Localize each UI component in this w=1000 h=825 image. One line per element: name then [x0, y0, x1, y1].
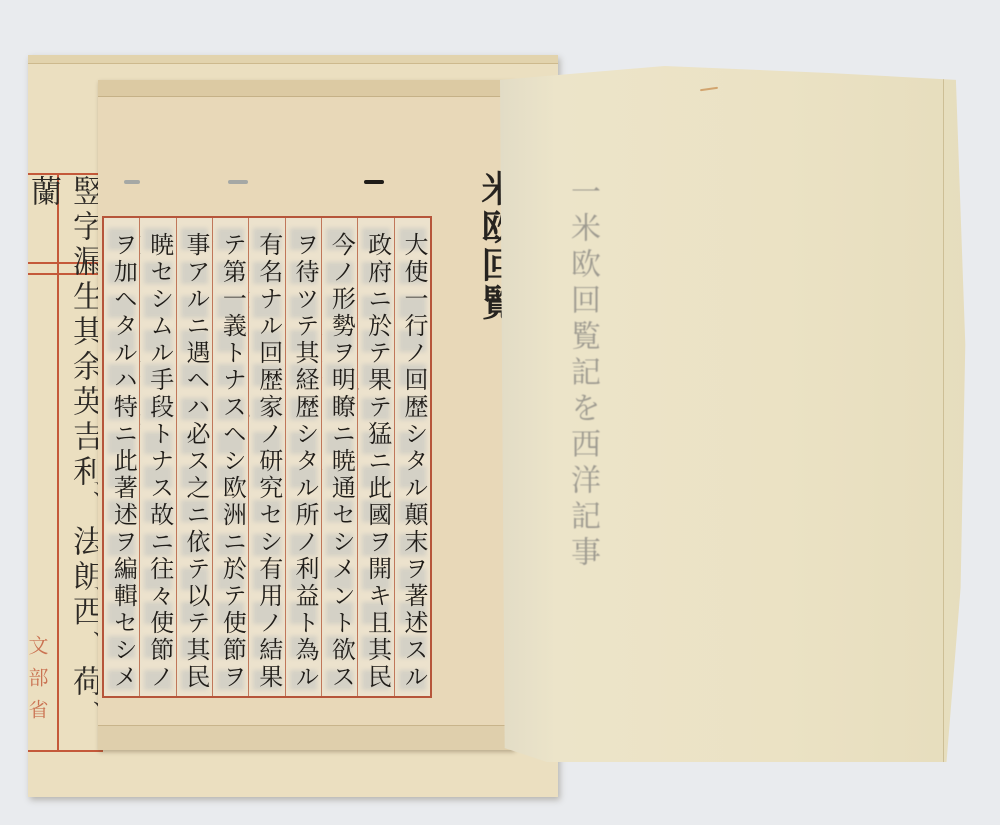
- section-mark: [364, 180, 384, 184]
- red-rule: [28, 750, 103, 752]
- column-text: ヲ加ヘタルハ特ニ此著述ヲ編輯セシメンカ為ナリ: [104, 232, 139, 696]
- sheet-fold-line: [943, 66, 944, 762]
- column-text: ヲ待ツテ其経歴シタル所ノ利益ト為ルヘキ種々ノ事實ト: [286, 232, 321, 696]
- text-column: テ第一義トナスヘシ欧洲ニ於テ使節ヲ發シ又ハ巡行ノ: [212, 218, 248, 696]
- text-column: 暁セシムル手段トナス故ニ往々使節ノ随員中ニ記者工師: [139, 218, 175, 696]
- paper-fiber: [700, 87, 718, 91]
- ministry-stamp: 文部省: [30, 635, 52, 731]
- text-column: ヲ待ツテ其経歴シタル所ノ利益ト為ルヘキ種々ノ事實ト: [285, 218, 321, 696]
- page-bottom-fold: [98, 725, 514, 750]
- column-text: テ第一義トナスヘシ欧洲ニ於テ使節ヲ發シ又ハ巡行ノ: [213, 232, 248, 696]
- ghost-handwriting: 一米欧回覧記を西洋記事: [562, 176, 602, 646]
- column-text: 今ノ形勢ヲ明瞭ニ暁通セシメント欲スルニハ大使歸國ノ後: [322, 232, 357, 696]
- text-column: ヲ加ヘタルハ特ニ此著述ヲ編輯セシメンカ為ナリ: [104, 218, 139, 696]
- text-column: 事アルニ遇ヘハ必ス之ニ依テ以テ其民ニ海外ノ事實ヲ通: [176, 218, 212, 696]
- back-sheet-top-edge: [28, 55, 558, 64]
- section-mark: [124, 180, 140, 184]
- translucent-interleaf-sheet: 一米欧回覧記を西洋記事: [500, 66, 970, 762]
- page-top-fold: [98, 80, 514, 97]
- section-marks: [98, 180, 514, 194]
- red-rule: [57, 175, 59, 750]
- column-text: 大使一行ノ回歴シタル顛末ヲ著述スル法: [395, 232, 430, 696]
- column-text: 事アルニ遇ヘハ必ス之ニ依テ以テ其民ニ海外ノ事實ヲ通: [177, 232, 212, 696]
- middle-manuscript-page: 米欧回覧 大使一行ノ回歴シタル顛末ヲ著述スル法 政府ニ於テ果テ猛ニ此國ヲ開キ且其…: [98, 80, 514, 750]
- column-text: 政府ニ於テ果テ猛ニ此國ヲ開キ且其民ヲシテ宇内現: [358, 232, 393, 696]
- text-column: 今ノ形勢ヲ明瞭ニ暁通セシメント欲スルニハ大使歸國ノ後: [321, 218, 357, 696]
- text-column: 政府ニ於テ果テ猛ニ此國ヲ開キ且其民ヲシテ宇内現: [357, 218, 393, 696]
- text-columns: 大使一行ノ回歴シタル顛末ヲ著述スル法 政府ニ於テ果テ猛ニ此國ヲ開キ且其民ヲシテ宇…: [104, 218, 430, 696]
- column-text: 暁セシムル手段トナス故ニ往々使節ノ随員中ニ記者工師: [140, 232, 175, 696]
- section-mark: [228, 180, 248, 184]
- text-column: 有名ナル回歴家ノ研究セシ有用ノ結果ヲ著述スルヲ以: [248, 218, 284, 696]
- column-text: 有名ナル回歴家ノ研究セシ有用ノ結果ヲ著述スルヲ以: [249, 232, 284, 696]
- text-frame: 大使一行ノ回歴シタル顛末ヲ著述スル法 政府ニ於テ果テ猛ニ此國ヲ開キ且其民ヲシテ宇…: [102, 216, 432, 698]
- text-column: 大使一行ノ回歴シタル顛末ヲ著述スル法: [394, 218, 430, 696]
